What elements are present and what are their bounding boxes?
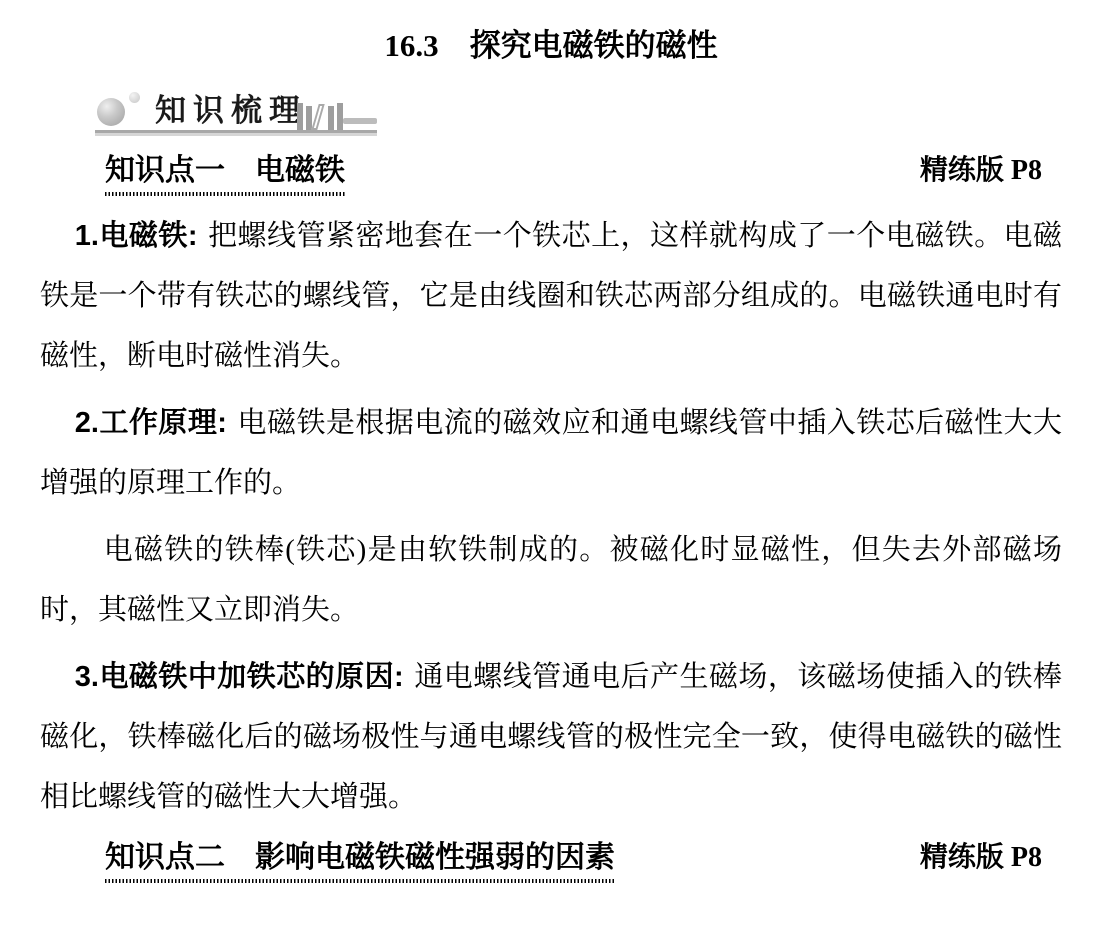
paragraph-label: 3.电磁铁中加铁芯的原因: [75,661,404,693]
knowledge-review-banner: 知识梳理 [95,90,455,140]
banner-underline [95,130,377,133]
practice-book-ref-2: 精练版 P8 [920,841,1042,883]
section-heading-knowledge-point-2: 知识点二 影响电磁铁磁性强弱的因素 [105,841,615,883]
paragraph-label: 2.工作原理: [75,407,227,439]
page-title: 16.3 探究电磁铁的磁性 [40,0,1062,66]
banner-dash [343,118,377,124]
paragraph-electromagnet-definition: 1.电磁铁:把螺线管紧密地套在一个铁芯上，这样就构成了一个电磁铁。电磁铁是一个带… [40,206,1062,386]
document-page: 16.3 探究电磁铁的磁性 知识梳理 知识点一 电磁铁 精练版 P8 1.电磁铁… [0,0,1102,945]
banner-label: 知识梳理 [155,94,307,128]
books-icon [297,102,353,130]
section-heading-knowledge-point-1: 知识点一 电磁铁 [105,154,345,196]
section-heading-row-1: 知识点一 电磁铁 精练版 P8 [105,154,1062,196]
small-circle-icon [129,92,140,103]
practice-book-ref-1: 精练版 P8 [920,154,1042,196]
sphere-decoration-icon [97,98,125,126]
paragraph-text: 电磁铁的铁棒(铁芯)是由软铁制成的。被磁化时显磁性，但失去外部磁场时，其磁性又立… [40,534,1062,626]
paragraph-label: 1.电磁铁: [75,220,198,252]
paragraph-working-principle: 2.工作原理:电磁铁是根据电流的磁效应和通电螺线管中插入铁芯后磁性大大增强的原理… [40,393,1062,513]
body-text: 1.电磁铁:把螺线管紧密地套在一个铁芯上，这样就构成了一个电磁铁。电磁铁是一个带… [40,206,1062,827]
section-heading-row-2: 知识点二 影响电磁铁磁性强弱的因素 精练版 P8 [105,841,1062,883]
paragraph-iron-core-reason: 3.电磁铁中加铁芯的原因:通电螺线管通电后产生磁场，该磁场使插入的铁棒磁化，铁棒… [40,647,1062,827]
paragraph-soft-iron-core: 电磁铁的铁棒(铁芯)是由软铁制成的。被磁化时显磁性，但失去外部磁场时，其磁性又立… [40,520,1062,640]
